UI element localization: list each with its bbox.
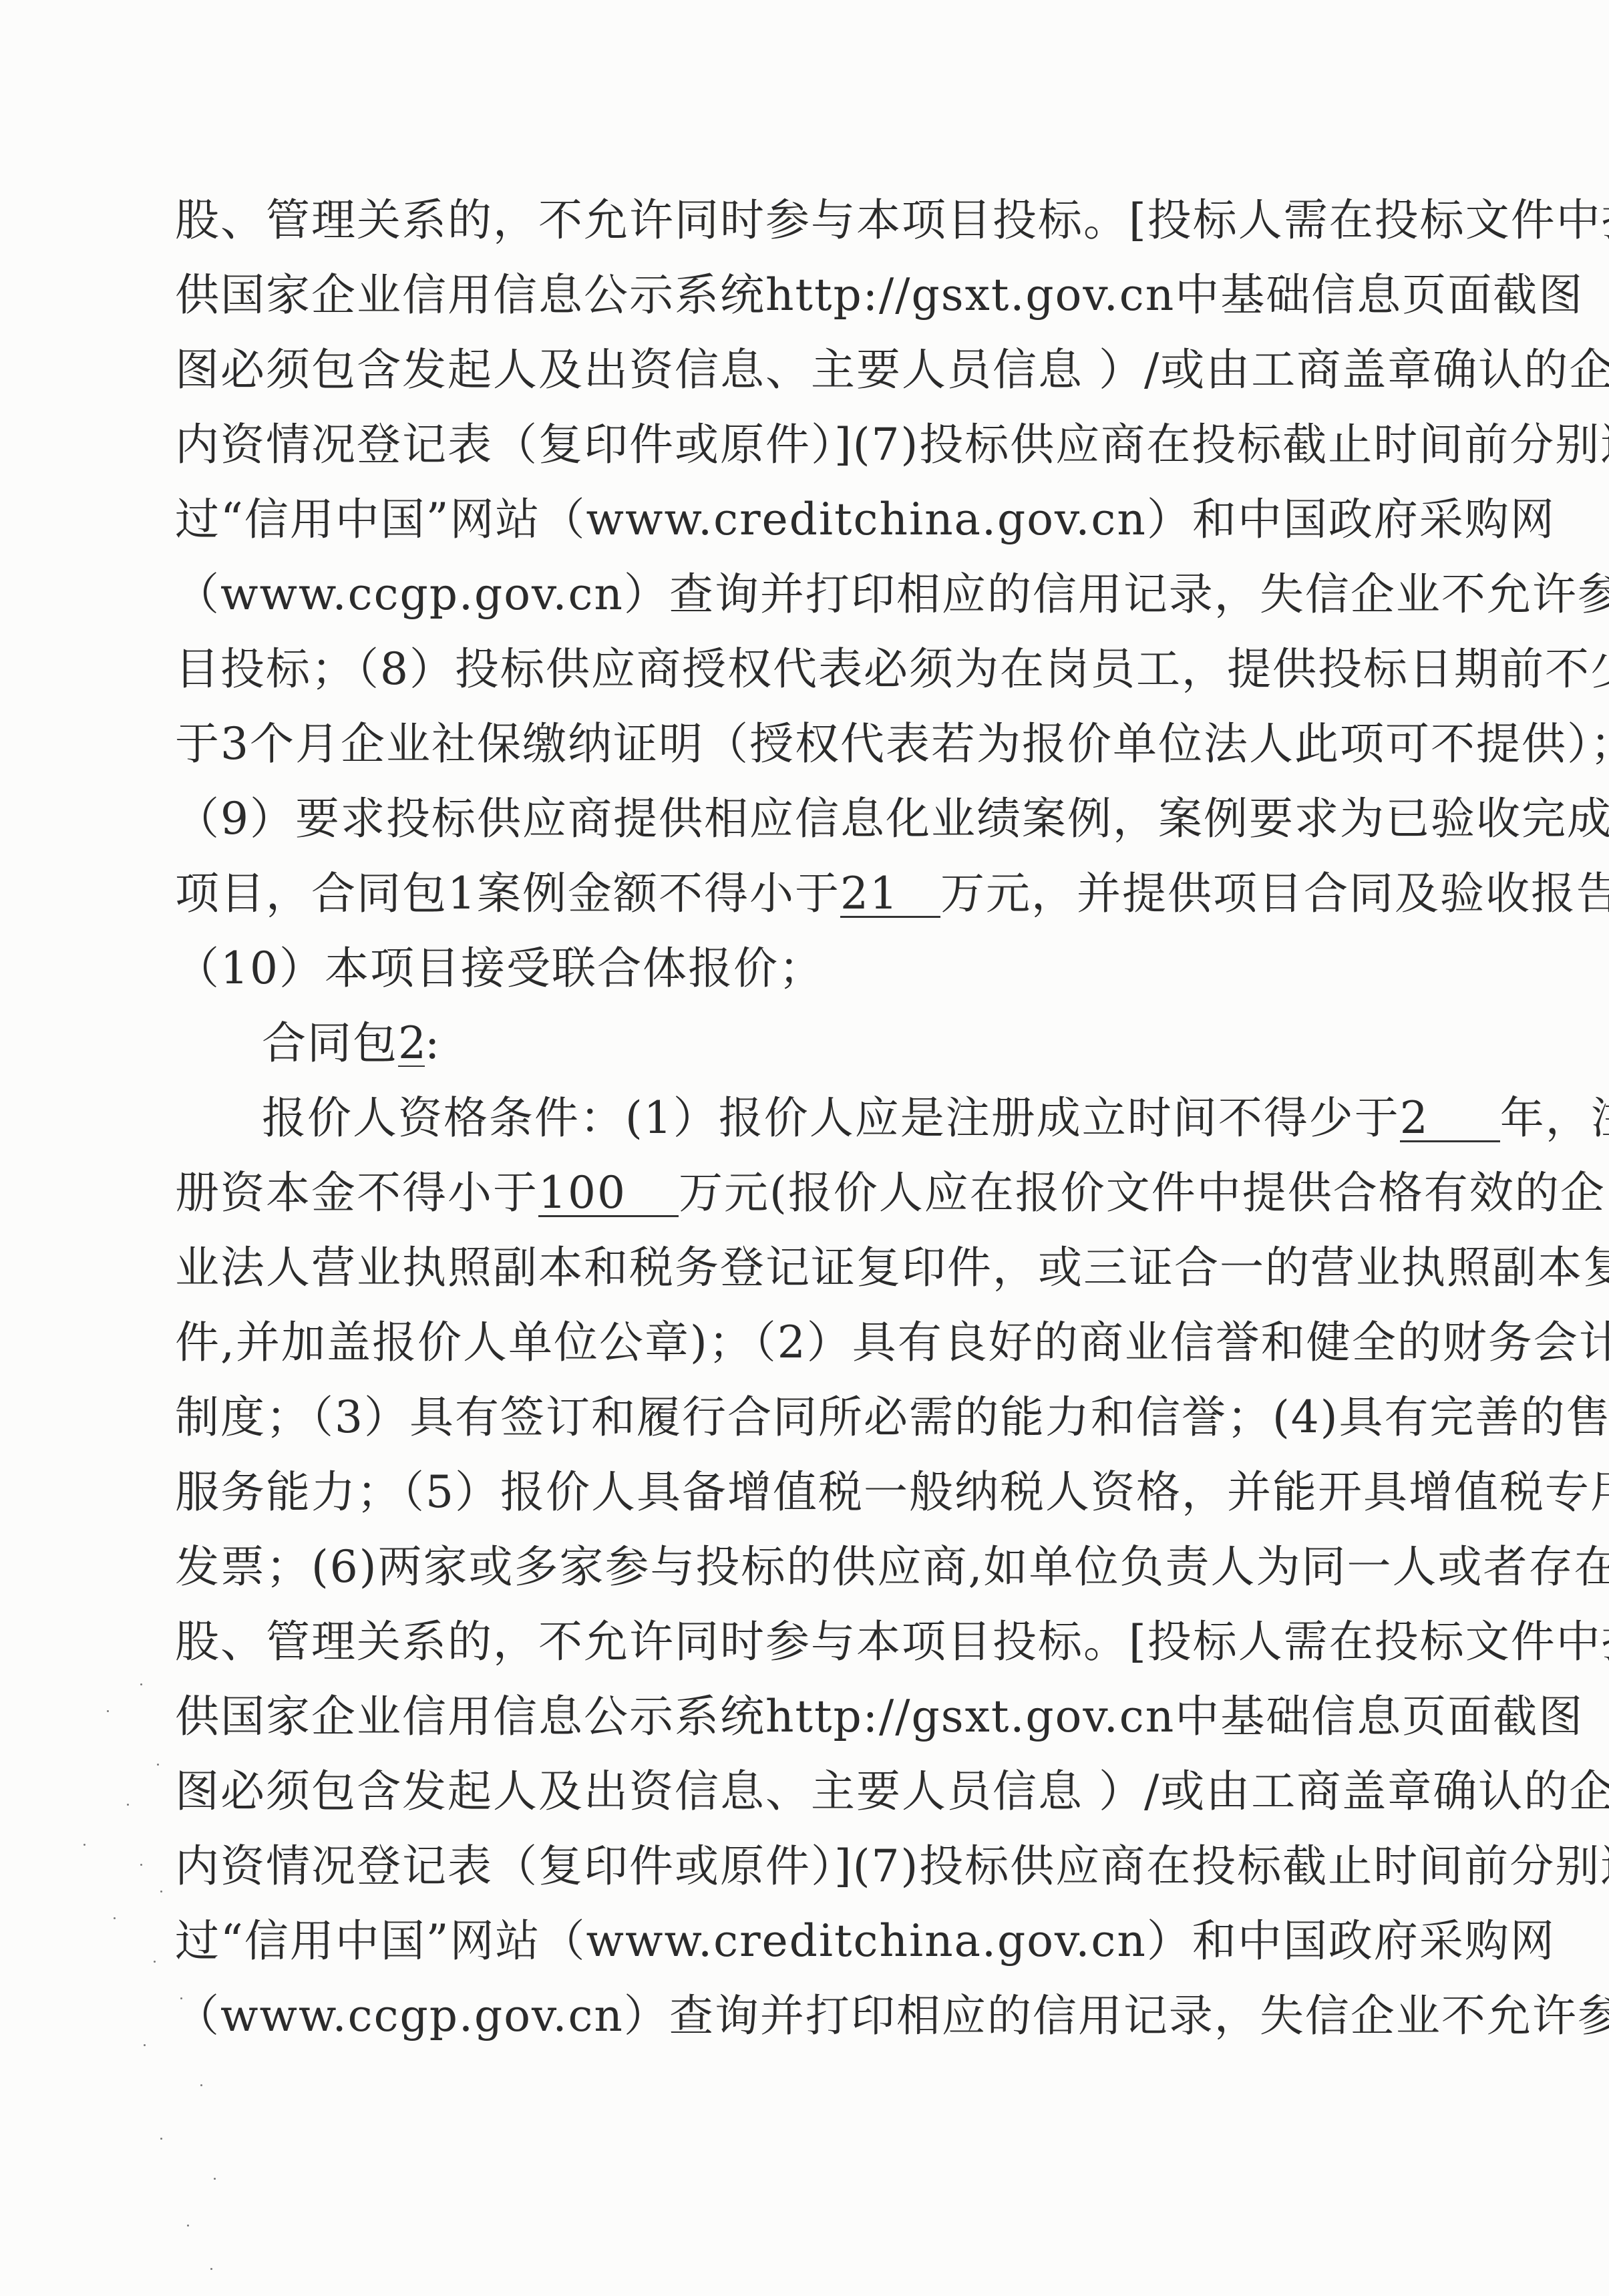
text-line: 内资情况登记表（复印件或原件）](7)投标供应商在投标截止时间前分别通 [175,418,1451,472]
line-suffix: 万元，并提供项目合同及验收报告； [940,868,1609,919]
text-line: 内资情况登记表（复印件或原件）](7)投标供应商在投标截止时间前分别通 [175,1840,1451,1893]
line-suffix: 年，注 [1500,1092,1609,1144]
text-line-with-blank: 册资本金不得小于100万元(报价人应在报价文件中提供合格有效的企 [175,1166,1451,1220]
line-prefix: 册资本金不得小于 [175,1167,538,1218]
text-line: 图必须包含发起人及出资信息、主要人员信息 ）/或由工商盖章确认的企业 [175,1765,1451,1818]
filled-blank-capital: 100 [538,1171,679,1217]
text-line: （www.ccgp.gov.cn）查询并打印相应的信用记录，失信企业不允许参与项 [175,1989,1451,2043]
line-prefix: 合同包 [262,1017,398,1069]
section-heading-package-2: 合同包2: [262,1017,1451,1070]
text-line-with-blank: 项目，合同包1案例金额不得小于21万元，并提供项目合同及验收报告； [175,867,1451,921]
text-line: 于3个月企业社保缴纳证明（授权代表若为报价单位法人此项可不提供）； [175,717,1451,771]
text-line: 目投标；（8）投标供应商授权代表必须为在岗员工，提供投标日期前不少 [175,643,1451,696]
filled-blank-years: 2 [1400,1096,1500,1142]
text-line: 股、管理关系的，不允许同时参与本项目投标。[投标人需在投标文件中提 [175,1615,1451,1669]
text-line: 制度；（3）具有签订和履行合同所必需的能力和信誉；(4)具有完善的售后 [175,1391,1451,1444]
text-line-with-blank: 报价人资格条件：(1）报价人应是注册成立时间不得少于2年，注 [262,1092,1451,1145]
text-line: 图必须包含发起人及出资信息、主要人员信息 ）/或由工商盖章确认的企业 [175,343,1451,397]
filled-blank-amount: 21 [840,872,940,918]
scanned-document-page: 股、管理关系的，不允许同时参与本项目投标。[投标人需在投标文件中提 供国家企业信… [0,0,1609,2296]
line-suffix: : [425,1017,441,1069]
text-line: 件,并加盖报价人单位公章)；（2）具有良好的商业信誉和健全的财务会计 [175,1316,1451,1369]
text-line: 供国家企业信用信息公示系统http://gsxt.gov.cn中基础信息页面截图… [175,269,1451,322]
text-line: 服务能力；（5）报价人具备增值税一般纳税人资格，并能开具增值税专用 [175,1466,1451,1519]
text-line: （9）要求投标供应商提供相应信息化业绩案例，案例要求为已验收完成的 [175,792,1451,846]
text-line: 发票；(6)两家或多家参与投标的供应商,如单位负责人为同一人或者存在控 [175,1540,1451,1594]
line-prefix: 报价人资格条件：(1）报价人应是注册成立时间不得少于 [262,1092,1400,1144]
text-line: 供国家企业信用信息公示系统http://gsxt.gov.cn中基础信息页面截图… [175,1690,1451,1744]
line-suffix: 万元(报价人应在报价文件中提供合格有效的企 [679,1167,1606,1218]
text-line: （www.ccgp.gov.cn）查询并打印相应的信用记录，失信企业不允许参与项 [175,568,1451,621]
line-prefix: 项目，合同包1案例金额不得小于 [175,868,840,919]
text-line: （10）本项目接受联合体报价； [175,942,1451,995]
package-number: 2 [398,1021,425,1067]
text-line: 业法人营业执照副本和税务登记证复印件，或三证合一的营业执照副本复印 [175,1241,1451,1295]
text-line: 过“信用中国”网站（www.creditchina.gov.cn）和中国政府采购… [175,1915,1451,1968]
text-line: 股、管理关系的，不允许同时参与本项目投标。[投标人需在投标文件中提 [175,194,1451,247]
text-line: 过“信用中国”网站（www.creditchina.gov.cn）和中国政府采购… [175,493,1451,546]
